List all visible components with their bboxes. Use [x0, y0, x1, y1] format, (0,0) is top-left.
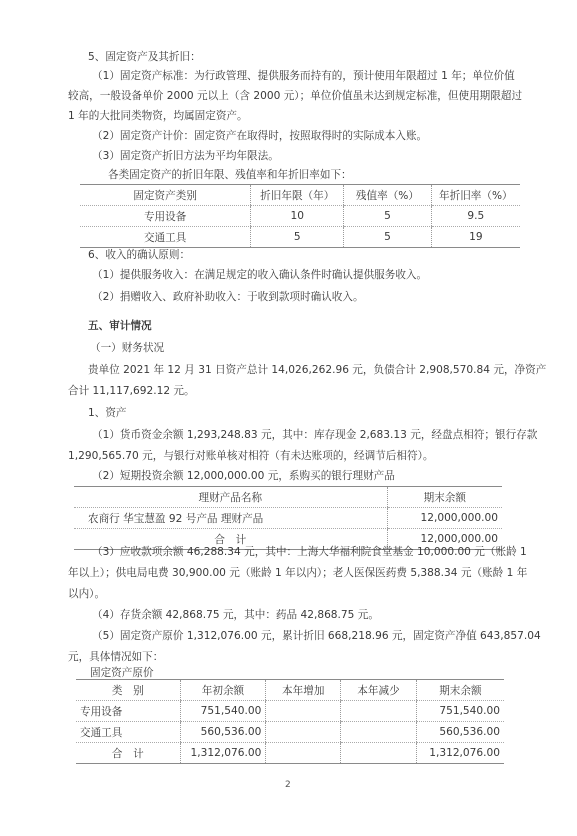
table-header: 折旧年限（年）: [251, 185, 344, 206]
table-header-row: 固定资产类别 折旧年限（年） 残值率（%） 年折旧率（%）: [80, 185, 520, 206]
receivables-line: （3）应收款项余额 46,288.34 元，其中：上海大华福利院食堂基金 10,…: [92, 545, 527, 559]
investment-table: 理财产品名称 期末余额 农商行 华宝慧盈 92 号产品 理财产品 12,000,…: [74, 486, 502, 550]
cash-line: （1）货币资金余额 1,293,248.83 元，其中：库存现金 2,683.1…: [92, 428, 537, 442]
table-cell: 560,536.00: [180, 722, 266, 743]
table-cell: 19: [431, 227, 520, 248]
table-cell: [266, 701, 341, 722]
audit-heading: 五、审计情况: [88, 319, 152, 333]
section5-p3: （3）固定资产折旧方法为平均年限法。: [92, 149, 279, 163]
section5-p1: （1）固定资产标准：为行政管理、提供服务而持有的，预计使用年限超过 1 年；单位…: [92, 69, 515, 83]
section5-heading: 5、固定资产及其折旧：: [88, 50, 201, 64]
fixed-assets-table: 类 别 年初余额 本年增加 本年减少 期末余额 专用设备 751,540.00 …: [76, 679, 504, 764]
table-header-row: 理财产品名称 期末余额: [74, 487, 502, 508]
table-cell: 1,312,076.00: [180, 743, 266, 764]
table-cell: 专用设备: [76, 701, 180, 722]
table-cell: 9.5: [431, 206, 520, 227]
depreciation-table-intro: 各类固定资产的折旧年限、残值率和年折旧率如下：: [108, 168, 352, 182]
table-header-row: 类 别 年初余额 本年增加 本年减少 期末余额: [76, 680, 504, 701]
section5-p1-cont2: 1 年的大批同类物资，均属固定资产。: [68, 109, 248, 123]
table-row: 合 计 1,312,076.00 1,312,076.00: [76, 743, 504, 764]
table-cell: 5: [251, 227, 344, 248]
table-cell: [341, 701, 417, 722]
summary-line-cont: 合计 11,117,692.12 元。: [68, 384, 195, 398]
table-cell: [341, 722, 417, 743]
table-cell: 560,536.00: [416, 722, 504, 743]
table-header: 类 别: [76, 680, 180, 701]
table-header: 期末余额: [387, 487, 502, 508]
receivables-line-cont2: 以内）。: [68, 587, 105, 601]
table-header: 本年减少: [341, 680, 417, 701]
section6-p2: （2）捐赠收入、政府补助收入：于收到款项时确认收入。: [92, 290, 364, 304]
table-cell: 交通工具: [76, 722, 180, 743]
table-cell: 12,000,000.00: [387, 508, 502, 529]
table-cell: 10: [251, 206, 344, 227]
inventory-line: （4）存货余额 42,868.75 元，其中：药品 42,868.75 元。: [92, 608, 379, 622]
table-cell: [266, 743, 341, 764]
section5-p2: （2）固定资产计价：固定资产在取得时，按照取得时的实际成本入账。: [92, 129, 427, 143]
fixed-assets-line-cont: 元，具体情况如下：: [68, 650, 163, 664]
table-header: 期末余额: [416, 680, 504, 701]
table-cell: 农商行 华宝慧盈 92 号产品 理财产品: [74, 508, 387, 529]
depreciation-table: 固定资产类别 折旧年限（年） 残值率（%） 年折旧率（%） 专用设备 10 5 …: [80, 184, 520, 248]
section6-p1: （1）提供服务收入：在满足规定的收入确认条件时确认提供服务收入。: [92, 268, 427, 282]
table-row: 农商行 华宝慧盈 92 号产品 理财产品 12,000,000.00: [74, 508, 502, 529]
table-header: 残值率（%）: [344, 185, 431, 206]
table-cell: [266, 722, 341, 743]
table-header: 本年增加: [266, 680, 341, 701]
table-header: 年折旧率（%）: [431, 185, 520, 206]
table-cell: 交通工具: [80, 227, 251, 248]
page-number: 2: [285, 780, 291, 790]
table-row: 专用设备 751,540.00 751,540.00: [76, 701, 504, 722]
table-cell: 专用设备: [80, 206, 251, 227]
table-cell: 751,540.00: [416, 701, 504, 722]
table-cell: 751,540.00: [180, 701, 266, 722]
receivables-line-cont: 年以上）；供电局电费 30,900.00 元（账龄 1 年以内）；老人医保医药费…: [68, 566, 527, 580]
table-row: 专用设备 10 5 9.5: [80, 206, 520, 227]
table-row: 交通工具 5 5 19: [80, 227, 520, 248]
section6-heading: 6、收入的确认原则：: [88, 248, 190, 262]
table-cell: 合 计: [76, 743, 180, 764]
section5-p1-cont: 较高，一般设备单价 2000 元以上（含 2000 元）；单位价值虽未达到规定标…: [68, 89, 522, 103]
table-cell: [341, 743, 417, 764]
table-header: 固定资产类别: [80, 185, 251, 206]
summary-line: 贵单位 2021 年 12 月 31 日资产总计 14,026,262.96 元…: [88, 363, 546, 377]
fixed-assets-line: （5）固定资产原价 1,312,076.00 元，累计折旧 668,218.96…: [92, 629, 541, 643]
assets-heading: 1、资产: [88, 406, 127, 420]
financial-status-heading: （一）财务状况: [90, 341, 164, 355]
table-row: 交通工具 560,536.00 560,536.00: [76, 722, 504, 743]
table-cell: 1,312,076.00: [416, 743, 504, 764]
fixed-table-title: 固定资产原价: [90, 666, 154, 680]
cash-line-cont: 1,290,565.70 元，与银行对账单核对相符（有未达账项的，经调节后相符）…: [68, 449, 433, 463]
investment-line: （2）短期投资余额 12,000,000.00 元，系购买的银行理财产品: [92, 469, 395, 483]
table-cell: 5: [344, 206, 431, 227]
table-header: 年初余额: [180, 680, 266, 701]
table-cell: 5: [344, 227, 431, 248]
table-header: 理财产品名称: [74, 487, 387, 508]
